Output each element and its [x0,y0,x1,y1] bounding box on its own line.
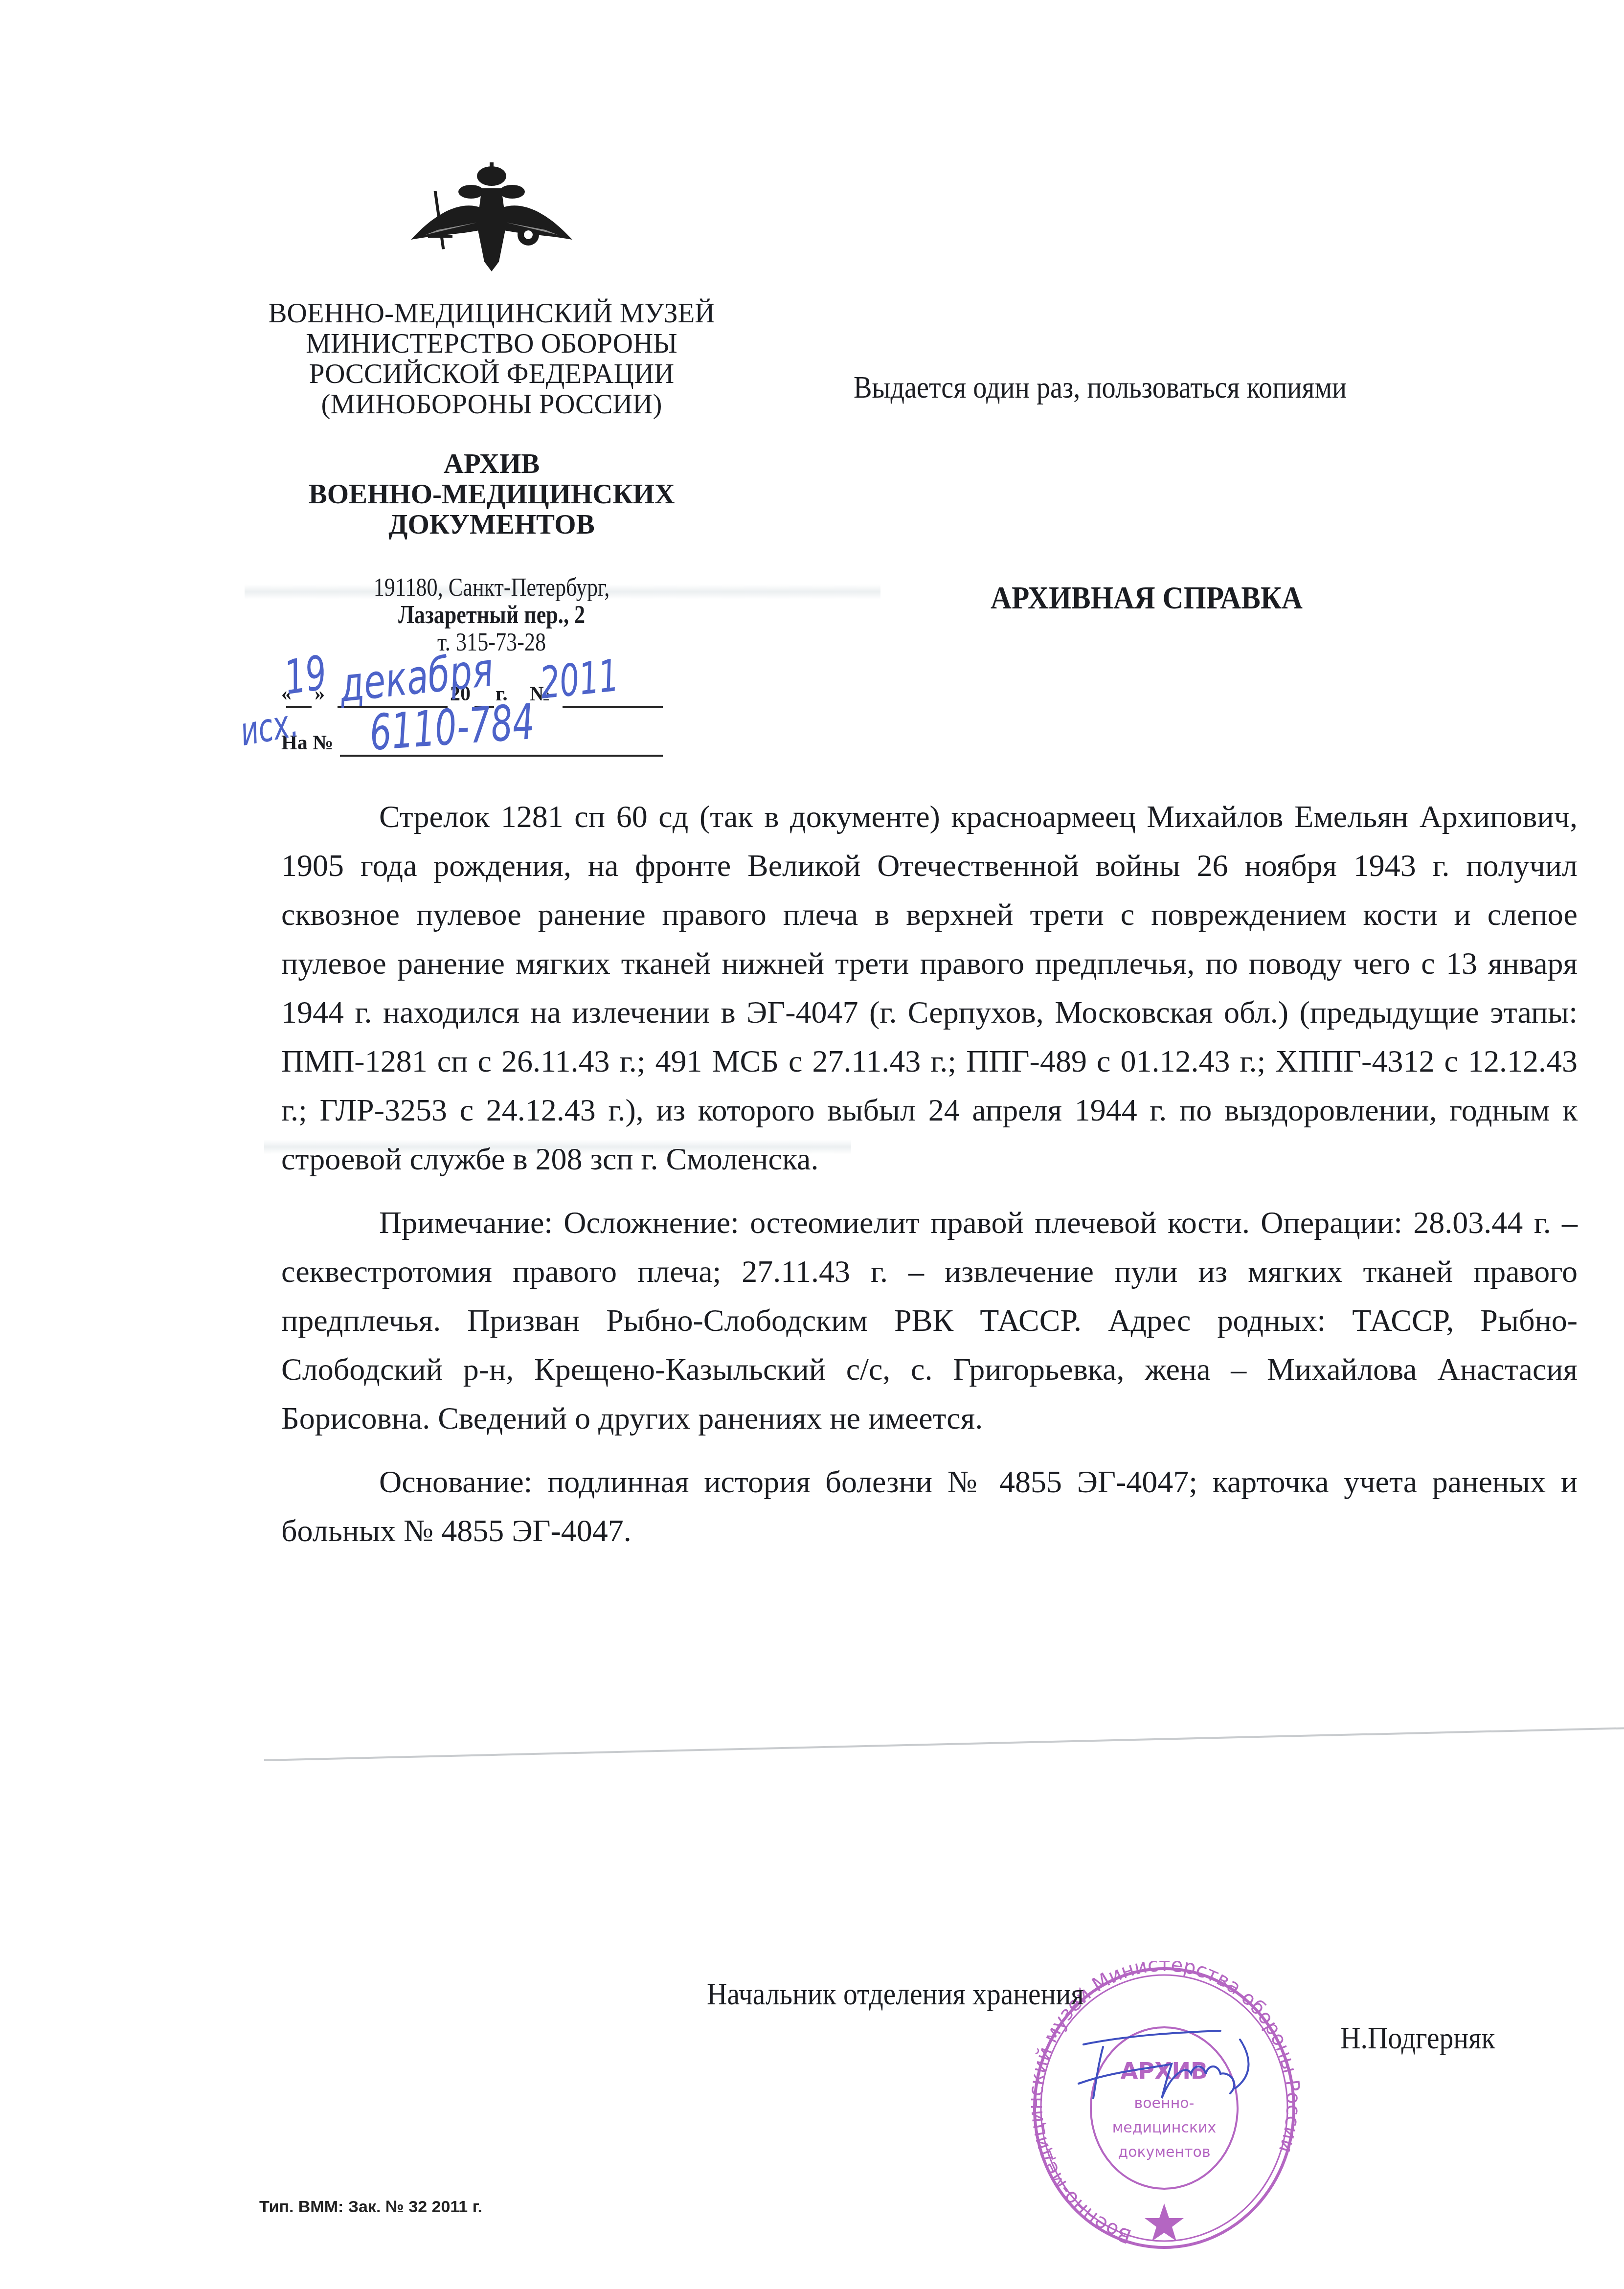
number-underline [563,706,663,708]
printer-imprint: Тип. ВММ: Зак. № 32 2011 г. [259,2198,482,2217]
address-line: Лазаретный пер., 2 [273,602,710,629]
archive-line: ВОЕННО-МЕДИЦИНСКИХ [235,479,748,510]
double-headed-eagle-emblem-icon [408,161,575,274]
svg-text:медицинских: медицинских [1112,2119,1217,2136]
address-line: 191180, Санкт-Петербург, [273,574,710,602]
archive-line: ДОКУМЕНТОВ [235,510,748,540]
org-line: (МИНОБОРОНЫ РОССИИ) [235,389,748,420]
org-line: РОССИЙСКОЙ ФЕДЕРАЦИИ [235,359,748,389]
note-paragraph: Примечание: Осложнение: остеомиелит прав… [281,1198,1578,1443]
letterhead: ВОЕННО-МЕДИЦИНСКИЙ МУЗЕЙ МИНИСТЕРСТВО ОБ… [235,161,748,656]
archive-line: АРХИВ [235,449,748,479]
address-line: т. 315-73-28 [273,629,710,656]
document-title: АРХИВНАЯ СПРАВКА [991,580,1303,617]
handwritten-year: 2011 [538,650,621,709]
handwritten-number: 6110-784 [368,693,536,762]
basis-paragraph: Основание: подлинная история болезни № 4… [281,1458,1578,1555]
svg-text:документов: документов [1118,2144,1210,2161]
org-line: МИНИСТЕРСТВО ОБОРОНЫ [235,329,748,359]
signatory-title: Начальник отделения хранения [707,1976,1084,2012]
document-body: Стрелок 1281 сп 60 сд (так в документе) … [281,792,1578,1570]
handwritten-day: 19 [281,645,330,705]
handwritten-signature [1074,2025,1269,2103]
fold-line [264,1727,1624,1761]
body-paragraph: Стрелок 1281 сп 60 сд (так в документе) … [281,792,1578,1184]
issued-once-note: Выдается один раз, пользоваться копиями [854,369,1347,405]
organization-name: ВОЕННО-МЕДИЦИНСКИЙ МУЗЕЙ МИНИСТЕРСТВО ОБ… [235,298,748,420]
archive-name: АРХИВ ВОЕННО-МЕДИЦИНСКИХ ДОКУМЕНТОВ [235,449,748,540]
stamp-star-icon [1145,2203,1184,2241]
org-line: ВОЕННО-МЕДИЦИНСКИЙ МУЗЕЙ [235,298,748,329]
address: 191180, Санкт-Петербург, Лазаретный пер.… [273,574,710,656]
signatory-name: Н.Подгерняк [1340,2020,1495,2056]
